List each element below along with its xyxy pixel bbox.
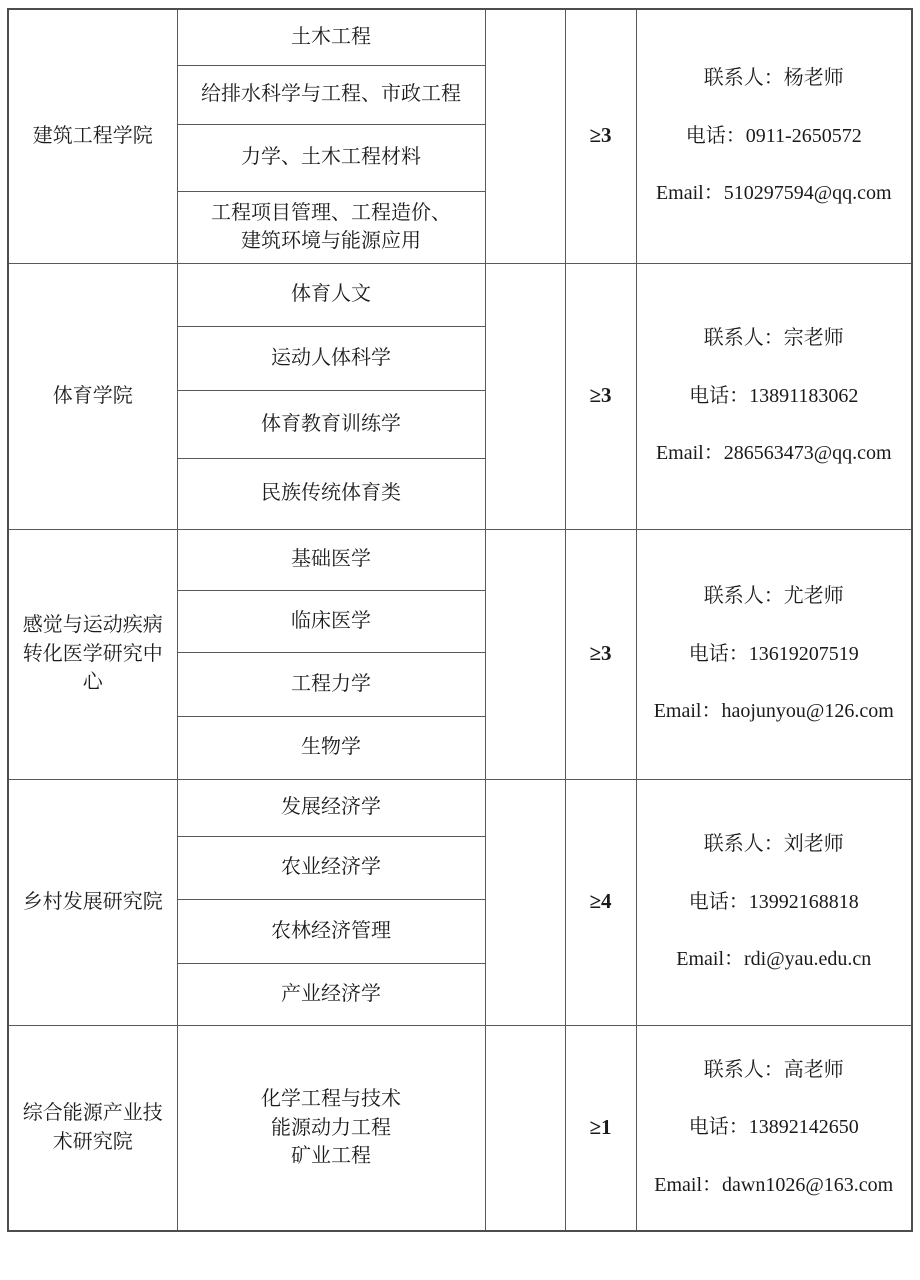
blank-cell: [485, 529, 565, 779]
blank-cell: [485, 263, 565, 529]
contact-cell: 联系人：高老师 电话：13892142650 Email：dawn1026@16…: [636, 1025, 912, 1231]
major-cell: 体育人文: [177, 263, 485, 326]
count-cell: ≥3: [565, 263, 636, 529]
contact-cell: 联系人：杨老师 电话：0911-2650572 Email：510297594@…: [636, 9, 912, 263]
recruitment-table: 建筑工程学院 土木工程 ≥3 联系人：杨老师 电话：0911-2650572 E…: [7, 8, 913, 1232]
count-cell: ≥3: [565, 529, 636, 779]
contact-phone-line: 电话：13992168818: [645, 888, 904, 917]
major-cell: 民族传统体育类: [177, 458, 485, 529]
blank-cell: [485, 1025, 565, 1231]
major-cell: 给排水科学与工程、市政工程: [177, 65, 485, 124]
major-cell: 农林经济管理: [177, 899, 485, 963]
blank-cell: [485, 9, 565, 263]
major-cell: 运动人体科学: [177, 326, 485, 390]
contact-email-line: Email：haojunyou@126.com: [645, 697, 904, 726]
major-cell: 产业经济学: [177, 963, 485, 1025]
major-cell: 农业经济学: [177, 836, 485, 899]
college-cell: 乡村发展研究院: [8, 779, 177, 1025]
major-cell: 化学工程与技术 能源动力工程 矿业工程: [177, 1025, 485, 1231]
contact-email-line: Email：286563473@qq.com: [645, 439, 904, 468]
major-cell: 土木工程: [177, 9, 485, 65]
contact-phone-line: 电话：13891183062: [645, 382, 904, 411]
contact-phone-line: 电话：13619207519: [645, 640, 904, 669]
table-row: 综合能源产业技术研究院 化学工程与技术 能源动力工程 矿业工程 ≥1 联系人：高…: [8, 1025, 912, 1231]
contact-person-line: 联系人：宗老师: [645, 324, 904, 353]
contact-email-line: Email：rdi@yau.edu.cn: [645, 945, 904, 974]
contact-phone-line: 电话：13892142650: [645, 1113, 904, 1142]
contact-person-line: 联系人：高老师: [645, 1056, 904, 1085]
contact-email-line: Email：510297594@qq.com: [645, 179, 904, 208]
blank-cell: [485, 779, 565, 1025]
contact-cell: 联系人：宗老师 电话：13891183062 Email：286563473@q…: [636, 263, 912, 529]
major-cell: 发展经济学: [177, 779, 485, 836]
table-row: 体育学院 体育人文 ≥3 联系人：宗老师 电话：13891183062 Emai…: [8, 263, 912, 326]
table-row: 感觉与运动疾病转化医学研究中心 基础医学 ≥3 联系人：尤老师 电话：13619…: [8, 529, 912, 590]
major-cell: 体育教育训练学: [177, 390, 485, 458]
college-cell: 建筑工程学院: [8, 9, 177, 263]
major-cell: 生物学: [177, 716, 485, 779]
contact-phone-line: 电话：0911-2650572: [645, 122, 904, 151]
college-cell: 综合能源产业技术研究院: [8, 1025, 177, 1231]
major-cell: 基础医学: [177, 529, 485, 590]
contact-person-line: 联系人：刘老师: [645, 830, 904, 859]
document-page: 建筑工程学院 土木工程 ≥3 联系人：杨老师 电话：0911-2650572 E…: [0, 0, 920, 1280]
major-cell: 临床医学: [177, 590, 485, 652]
contact-cell: 联系人：尤老师 电话：13619207519 Email：haojunyou@1…: [636, 529, 912, 779]
major-cell: 工程项目管理、工程造价、 建筑环境与能源应用: [177, 191, 485, 263]
contact-person-line: 联系人：杨老师: [645, 64, 904, 93]
contact-cell: 联系人：刘老师 电话：13992168818 Email：rdi@yau.edu…: [636, 779, 912, 1025]
contact-person-line: 联系人：尤老师: [645, 582, 904, 611]
major-cell: 工程力学: [177, 652, 485, 716]
college-cell: 感觉与运动疾病转化医学研究中心: [8, 529, 177, 779]
table-row: 乡村发展研究院 发展经济学 ≥4 联系人：刘老师 电话：13992168818 …: [8, 779, 912, 836]
count-cell: ≥3: [565, 9, 636, 263]
count-cell: ≥1: [565, 1025, 636, 1231]
table-row: 建筑工程学院 土木工程 ≥3 联系人：杨老师 电话：0911-2650572 E…: [8, 9, 912, 65]
contact-email-line: Email：dawn1026@163.com: [645, 1171, 904, 1200]
college-cell: 体育学院: [8, 263, 177, 529]
major-cell: 力学、土木工程材料: [177, 124, 485, 191]
count-cell: ≥4: [565, 779, 636, 1025]
